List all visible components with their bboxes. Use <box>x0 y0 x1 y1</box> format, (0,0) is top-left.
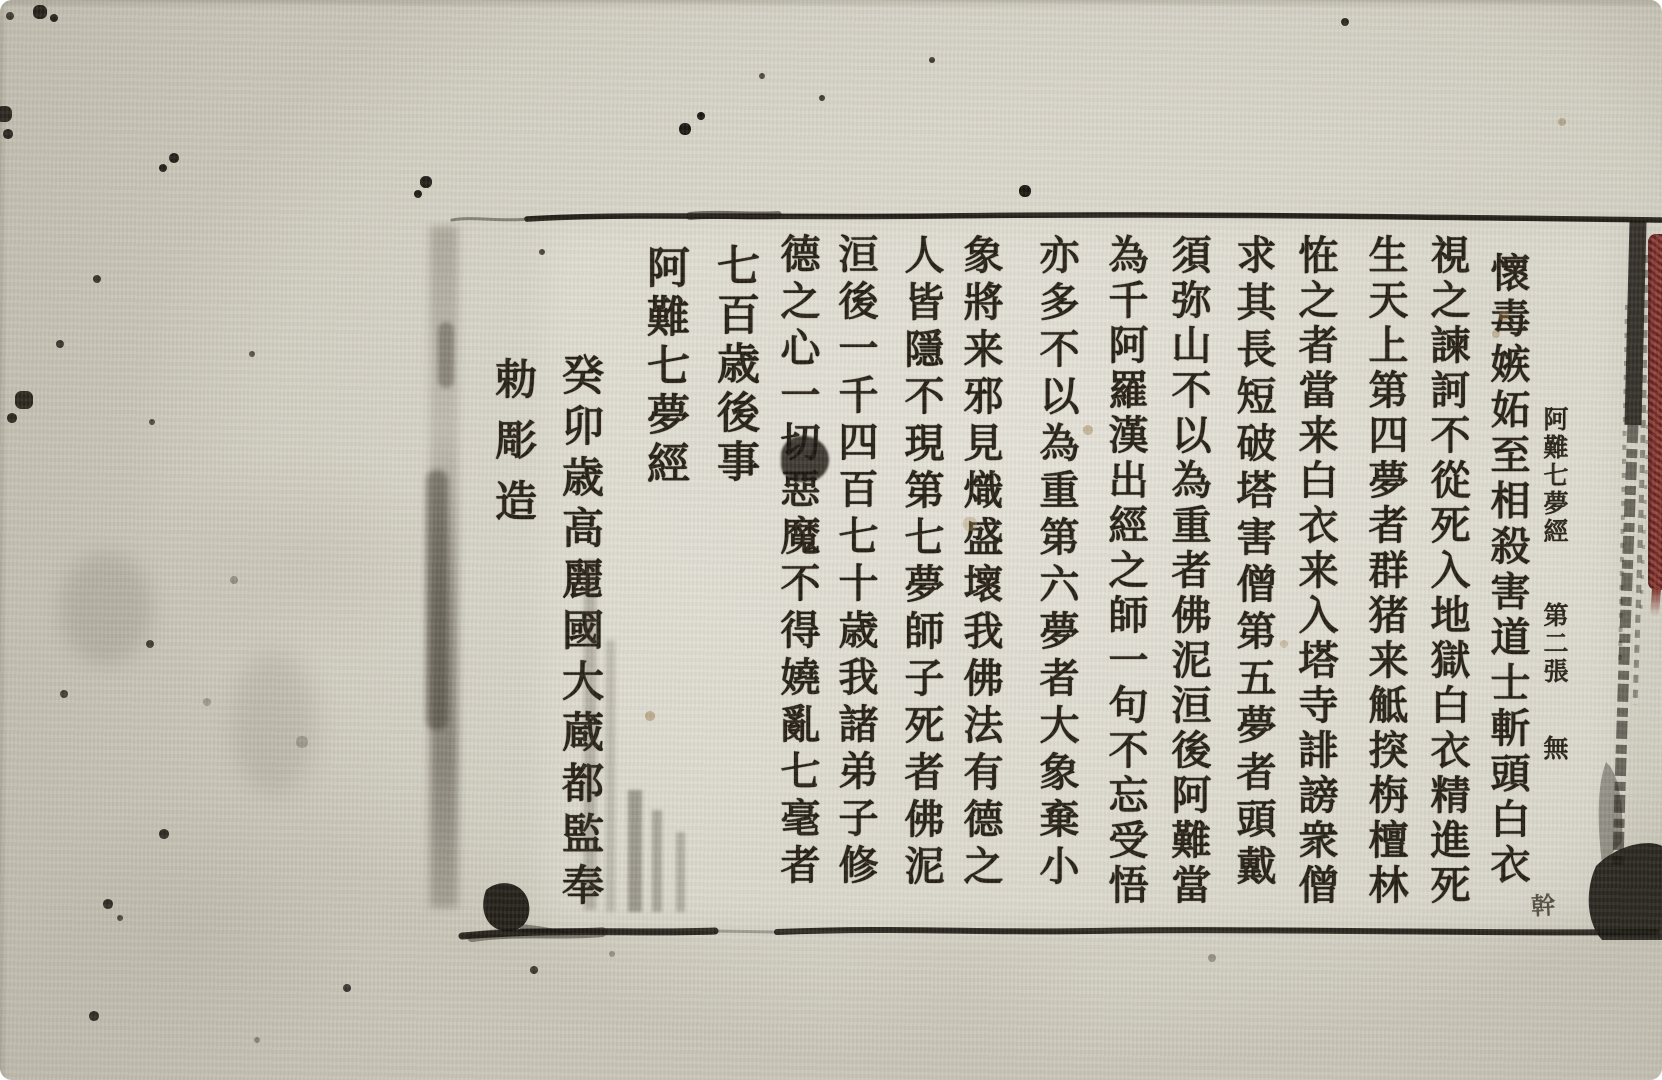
text-column: 德之心一切惡魔不得嬈亂七毫者 <box>774 233 820 891</box>
text-column: 人皆隱不現第七夢師子死者佛泥 <box>898 234 944 892</box>
red-binding-thread-tail <box>1650 588 1661 617</box>
margin-sutra-title: 阿難七夢經 <box>1540 406 1569 546</box>
end-title-column: 阿難七夢經 <box>642 245 688 490</box>
text-column: 生天上第四夢者群猪来觝揬栴檀林 <box>1362 234 1408 909</box>
paper-top-edge-shadow <box>0 0 1662 8</box>
frame-bottom-border <box>777 930 1656 932</box>
margin-header-column: 阿難七夢經 第二張 無 <box>1539 406 1569 763</box>
frame-top-border <box>452 219 527 220</box>
bottom-left-ink-blob <box>483 883 529 931</box>
carver-mark: 幹 <box>1530 885 1556 921</box>
text-column: 恠之者當来白衣来入塔寺誹謗衆僧 <box>1292 234 1338 909</box>
text-column: 亦多不以為重第六夢者大象棄小 <box>1033 234 1079 892</box>
text-column: 視之諫訶不從死入地獄白衣精進死 <box>1424 234 1470 909</box>
margin-case-character: 無 <box>1540 735 1569 763</box>
red-binding-thread <box>1648 234 1662 590</box>
margin-sheet-number: 第二張 <box>1540 602 1569 686</box>
text-column: 洹後一千四百七十歳我諸弟子修 <box>832 233 878 891</box>
frame-bottom-border <box>462 931 715 936</box>
left-border-ink-blob <box>438 322 454 388</box>
sutra-sheet: 阿難七夢經 第二張 無 懷毒嫉妬至相殺害道士斬頭白衣 視之諫訶不從死入地獄白衣精… <box>0 0 1662 1080</box>
paper-stain <box>232 652 316 794</box>
left-border-ink-smudge <box>430 226 458 908</box>
text-column: 七百歳後事 <box>712 243 758 488</box>
frame-right-border <box>1618 221 1650 865</box>
colophon-column-2: 勅彫造 <box>490 357 536 540</box>
colophon-column-1: 癸卯歳高麗國大蔵都監奉 <box>557 353 603 914</box>
paper-stain <box>60 552 152 664</box>
text-column: 為千阿羅漢出經之師一句不忘受悟 <box>1102 234 1148 909</box>
frame-top-border <box>527 215 1661 220</box>
left-border-ink-smudge-dark <box>426 470 448 730</box>
text-column: 求其長短破塔害僧第五夢者頭戴 <box>1230 234 1276 892</box>
text-column: 象將来邪見熾盛壞我佛法有德之 <box>957 234 1003 892</box>
text-column: 須弥山不以為重者佛泥洹後阿難當 <box>1165 234 1211 909</box>
text-column: 懷毒嫉妬至相殺害道士斬頭白衣 <box>1484 252 1530 889</box>
paper-left-edge-shadow <box>0 0 7 1080</box>
